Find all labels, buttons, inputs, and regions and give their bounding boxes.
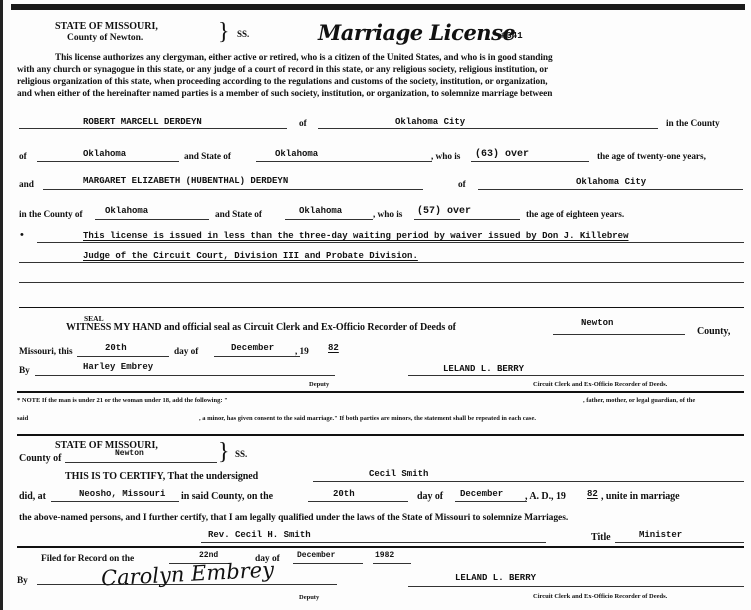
groom-name[interactable]: ROBERT MARCELL DERDEYN [83, 117, 202, 127]
cert-county-label: County of [19, 453, 62, 464]
groom-age-line [471, 161, 589, 162]
filed-month[interactable]: December [297, 551, 335, 560]
witness-month-line [214, 356, 300, 357]
blank-line-4 [19, 307, 744, 308]
witness-day-of-label: day of [174, 346, 198, 358]
groom-state-line [256, 161, 432, 162]
waiver-text-2[interactable]: Judge of the Circuit Court, Division III… [83, 251, 418, 261]
bride-city-line [478, 189, 743, 190]
cert-officiant[interactable]: Cecil Smith [369, 469, 428, 479]
filed-clerk-name[interactable]: LELAND L. BERRY [455, 573, 536, 583]
filed-year[interactable]: 1982 [375, 551, 394, 560]
header-state: STATE OF MISSOURI, [55, 21, 158, 32]
cert-place-line [51, 501, 179, 502]
cert-line-3: the above-named persons, and I further c… [19, 512, 568, 524]
header-county: County of Newton. [67, 33, 143, 43]
witness-month[interactable]: December [231, 343, 274, 353]
bride-who-is-label: , who is [373, 209, 402, 221]
bride-city[interactable]: Oklahoma City [576, 177, 646, 187]
cert-county-line [65, 462, 217, 463]
groom-in-county-label: in the County [666, 118, 720, 130]
bride-state-label: and State of [215, 209, 262, 221]
witness-year[interactable]: 82 [328, 343, 339, 353]
divider-2 [17, 434, 744, 436]
bride-name[interactable]: MARGARET ELIZABETH (HUBENTHAL) DERDEYN [83, 176, 288, 186]
witness-deputy-line [35, 375, 335, 376]
cert-brace-icon: } [218, 442, 230, 462]
cert-day-of-label: day of [417, 491, 443, 503]
groom-state[interactable]: Oklahoma [275, 149, 318, 159]
witness-clerk-name[interactable]: LELAND L. BERRY [443, 364, 524, 374]
filed-by-label: By [17, 575, 28, 587]
cert-ss: SS. [235, 449, 247, 459]
cert-county[interactable]: Newton [115, 449, 144, 458]
groom-city[interactable]: Oklahoma City [395, 117, 465, 127]
cert-month-line [455, 501, 527, 502]
bride-age[interactable]: (57) over [417, 206, 471, 217]
document-title: Marriage License [318, 20, 515, 45]
cert-officiant-line [313, 481, 744, 482]
cert-did-at-label: did, at [19, 491, 46, 503]
witness-clerk-label: Circuit Clerk and Ex-Officio Recorder of… [533, 381, 667, 388]
clerk-signature-line [408, 375, 744, 376]
witness-text: WITNESS MY HAND and official seal as Cir… [66, 322, 456, 334]
witness-day[interactable]: 20th [105, 343, 127, 353]
cert-certify-text: THIS IS TO CERTIFY, That the undersigned [65, 471, 258, 483]
groom-who-is-label: , who is [431, 151, 460, 163]
cert-in-said-county-label: in said County, on the [181, 491, 273, 503]
bride-state-line [285, 219, 373, 220]
waiver-text-1[interactable]: This license is issued in less than the … [83, 231, 629, 241]
waiver-line-2 [19, 262, 744, 263]
divider-1 [17, 391, 744, 393]
cert-place[interactable]: Neosho, Missouri [79, 489, 165, 499]
filed-month-line [293, 563, 363, 564]
witness-county-line [553, 334, 685, 335]
groom-county[interactable]: Oklahoma [83, 149, 126, 159]
groom-county-line [37, 161, 179, 162]
waiver-line-1 [37, 242, 744, 243]
preamble-line-1: This license authorizes any clergyman, e… [55, 52, 553, 64]
bride-county-label: in the County of [19, 209, 83, 221]
note-line-2-right: , a minor, has given consent to the said… [199, 415, 536, 422]
cert-day-line [308, 501, 408, 502]
bride-state[interactable]: Oklahoma [299, 206, 342, 216]
preamble-line-4: and when either of the hereinafter named… [17, 88, 552, 100]
license-number: #341 [501, 31, 523, 41]
bride-age-suffix: the age of eighteen years. [526, 209, 624, 221]
witness-by-label: By [19, 365, 30, 377]
cert-title-line [615, 542, 744, 543]
header-ss: SS. [237, 29, 249, 39]
preamble-line-3: religious organization of this state, wh… [17, 76, 548, 88]
divider-3 [17, 546, 744, 548]
groom-name-line [19, 128, 287, 129]
filed-day[interactable]: 22nd [199, 551, 218, 560]
filed-deputy-label: Deputy [299, 594, 319, 601]
witness-county-suffix: County, [697, 326, 730, 338]
cert-month[interactable]: December [460, 489, 503, 499]
bride-county[interactable]: Oklahoma [105, 206, 148, 216]
brace-icon: } [218, 22, 230, 42]
witness-deputy-name[interactable]: Harley Embrey [83, 362, 153, 372]
witness-year-prefix: , 19 [295, 346, 309, 358]
filed-clerk-line [408, 586, 744, 587]
cert-title-label: Title [591, 532, 611, 544]
groom-state-label: and State of [184, 151, 231, 163]
groom-of2-label: of [19, 151, 27, 163]
note-line-1-left: * NOTE If the man is under 21 or the wom… [17, 397, 228, 404]
preamble-line-2: with any church or synagogue in this sta… [17, 64, 548, 76]
witness-day-line [77, 356, 169, 357]
cert-year[interactable]: 82 [587, 489, 598, 499]
groom-city-line [318, 128, 658, 129]
bride-age-line [414, 219, 520, 220]
bride-of-label: of [458, 179, 466, 191]
cert-signature-line [201, 542, 546, 543]
filed-year-line [373, 563, 411, 564]
top-border-bar [11, 4, 745, 10]
groom-age-suffix: the age of twenty-one years, [597, 151, 706, 163]
witness-deputy-label: Deputy [309, 381, 329, 388]
note-line-2-left: said [17, 415, 28, 422]
groom-of-label: of [299, 118, 307, 130]
witness-county[interactable]: Newton [581, 318, 613, 328]
filed-label: Filed for Record on the [41, 553, 134, 565]
cert-ad-label: , A. D., 19 [525, 491, 566, 503]
bride-name-line [43, 189, 423, 190]
groom-age[interactable]: (63) over [475, 149, 529, 160]
cert-unite-label: , unite in marriage [601, 491, 679, 503]
bride-and-label: and [19, 179, 34, 191]
cert-day[interactable]: 20th [333, 489, 355, 499]
cert-signature[interactable]: Rev. Cecil H. Smith [208, 530, 311, 540]
blank-line-3 [19, 282, 744, 283]
cert-title[interactable]: Minister [639, 530, 682, 540]
note-line-1-right: , father, mother, or legal guardian, of … [583, 397, 695, 404]
filed-clerk-label: Circuit Clerk and Ex-Officio Recorder of… [533, 593, 667, 600]
bride-county-line [95, 219, 209, 220]
marriage-license-document: STATE OF MISSOURI, County of Newton. } S… [0, 0, 751, 610]
missouri-this-label: Missouri, this [19, 346, 73, 358]
waiver-bullet-icon: • [20, 229, 24, 241]
